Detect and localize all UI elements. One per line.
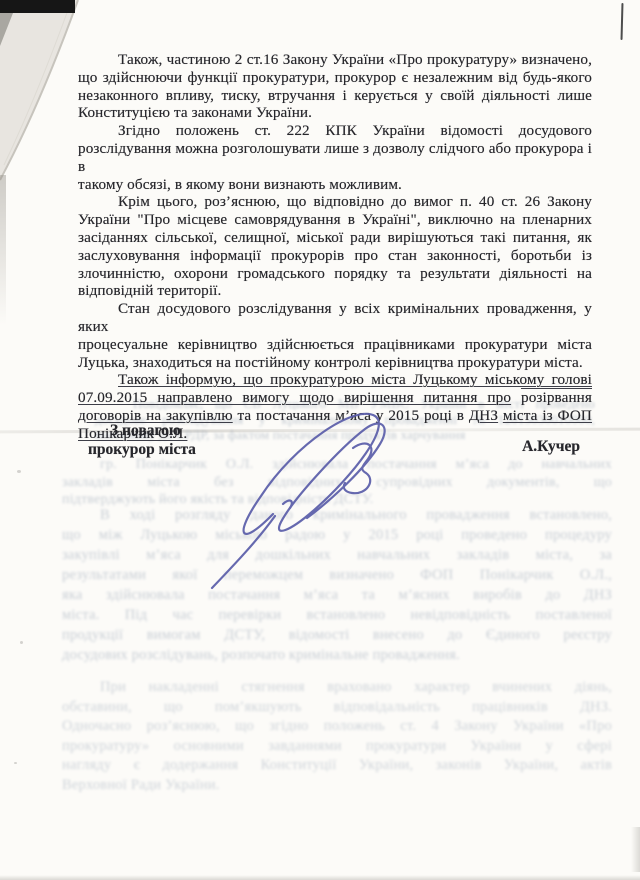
bleedthrough-line: обставини, що пом’якшують відповідальніс… — [62, 698, 612, 718]
text-segment: відповідній території. — [78, 282, 221, 299]
pen-underlined-text: Також інформую, що прокуратурою міста Лу… — [118, 371, 592, 388]
text-line: Конституцією та законами України. — [78, 104, 592, 122]
pen-underlined-text: міста із ФОП — [503, 407, 592, 424]
text-segment — [511, 389, 521, 406]
bleedthrough-line: Верховної Ради України. — [62, 776, 612, 796]
text-segment: незаконного впливу, тиску, втручання і к… — [78, 87, 592, 104]
text-line: процесуальне керівництво здійснюється пр… — [78, 336, 592, 354]
text-line: заслуховування інформації прокурорів про… — [78, 247, 592, 265]
text-segment: такому обсязі, в якому вони визнають мож… — [78, 176, 402, 193]
text-segment: розслідування можна розголошувати лише з… — [78, 140, 592, 175]
paper-speck — [14, 762, 17, 764]
bleedthrough-line: Одночасно роз’яснюю, що згідно положень … — [62, 717, 612, 737]
text-line: Луцька, знаходиться на постійному контро… — [78, 354, 592, 372]
scan-corner-smudge — [631, 827, 640, 872]
text-line: розслідування можна розголошувати лише з… — [78, 140, 592, 176]
signature-ink — [195, 396, 405, 596]
text-segment: Стан досудового розслідування у всіх кри… — [78, 300, 592, 335]
text-segment: що здійснюючи функції прокуратури, проку… — [78, 69, 592, 86]
signer-name: А.Кучер — [522, 438, 580, 456]
text-line: Також інформую, що прокуратурою міста Лу… — [78, 371, 592, 389]
scan-bottom-shadow — [0, 875, 640, 880]
bleedthrough-line: нагляду є додержання Конституції України… — [62, 756, 612, 776]
text-line: злочинністю, охорони громадського порядк… — [78, 265, 592, 283]
paper-speck — [20, 641, 23, 644]
scan-edge-mark — [621, 3, 624, 40]
text-segment: Конституцією та законами України. — [78, 104, 312, 121]
text-line: Згідно положень ст. 222 КПК України відо… — [78, 122, 592, 140]
text-line: Також, частиною 2 ст.16 Закону України «… — [78, 51, 592, 69]
text-line: Стан досудового розслідування у всіх кри… — [78, 300, 592, 336]
text-line: що здійснюючи функції прокуратури, проку… — [78, 69, 592, 87]
text-segment: засіданнях сільської, селищної, міської … — [78, 229, 592, 246]
pen-underlined-text: розірвання — [521, 389, 592, 406]
scanned-letter: Повідомляє, що СВ Луцького МВ УМВС Украї… — [0, 0, 640, 880]
pen-underlined-text: ДНЗ — [469, 407, 498, 424]
bleedthrough-text-block: При накладенні стягнення враховано харак… — [62, 678, 612, 795]
closing-salutation: З повагою — [88, 421, 196, 440]
text-segment: Згідно положень ст. 222 КПК України відо… — [118, 122, 592, 139]
bleedthrough-line: прокуратуру» основними завданнями прокур… — [62, 737, 612, 757]
text-segment: Крім цього, роз’яснюю, що відповідно до … — [118, 193, 592, 210]
bleedthrough-line: досудових розслідувань, розпочато кримін… — [62, 645, 612, 665]
text-line: Крім цього, роз’яснюю, що відповідно до … — [78, 193, 592, 211]
text-segment: злочинністю, охорони громадського порядк… — [78, 265, 592, 282]
text-segment: Також, частиною 2 ст.16 Закону України «… — [118, 51, 592, 68]
text-line: незаконного впливу, тиску, втручання і к… — [78, 87, 592, 105]
text-segment: України "Про місцеве самоврядування в Ук… — [78, 211, 592, 228]
text-line: України "Про місцеве самоврядування в Ук… — [78, 211, 592, 229]
text-line: засіданнях сільської, селищної, міської … — [78, 229, 592, 247]
bleedthrough-line: При накладенні стягнення враховано харак… — [62, 678, 612, 698]
closing-role: прокурор міста — [88, 440, 196, 459]
page-edge-shadow — [0, 175, 6, 325]
letter-body: Також, частиною 2 ст.16 Закону України «… — [78, 51, 592, 443]
bleedthrough-line: продукції вимогам ДСТУ, відомості внесен… — [62, 625, 612, 645]
closing-block: З повагою прокурор міста — [88, 421, 196, 459]
text-line: відповідній території. — [78, 282, 592, 300]
text-segment: заслуховування інформації прокурорів про… — [78, 247, 592, 264]
paper-speck — [17, 470, 21, 473]
bleedthrough-line: міста. Під час перевірки встановлено нев… — [62, 605, 612, 625]
text-line: такому обсязі, в якому вони визнають мож… — [78, 176, 592, 194]
text-segment: Луцька, знаходиться на постійному контро… — [78, 354, 583, 371]
text-segment: процесуальне керівництво здійснюється пр… — [78, 336, 592, 353]
